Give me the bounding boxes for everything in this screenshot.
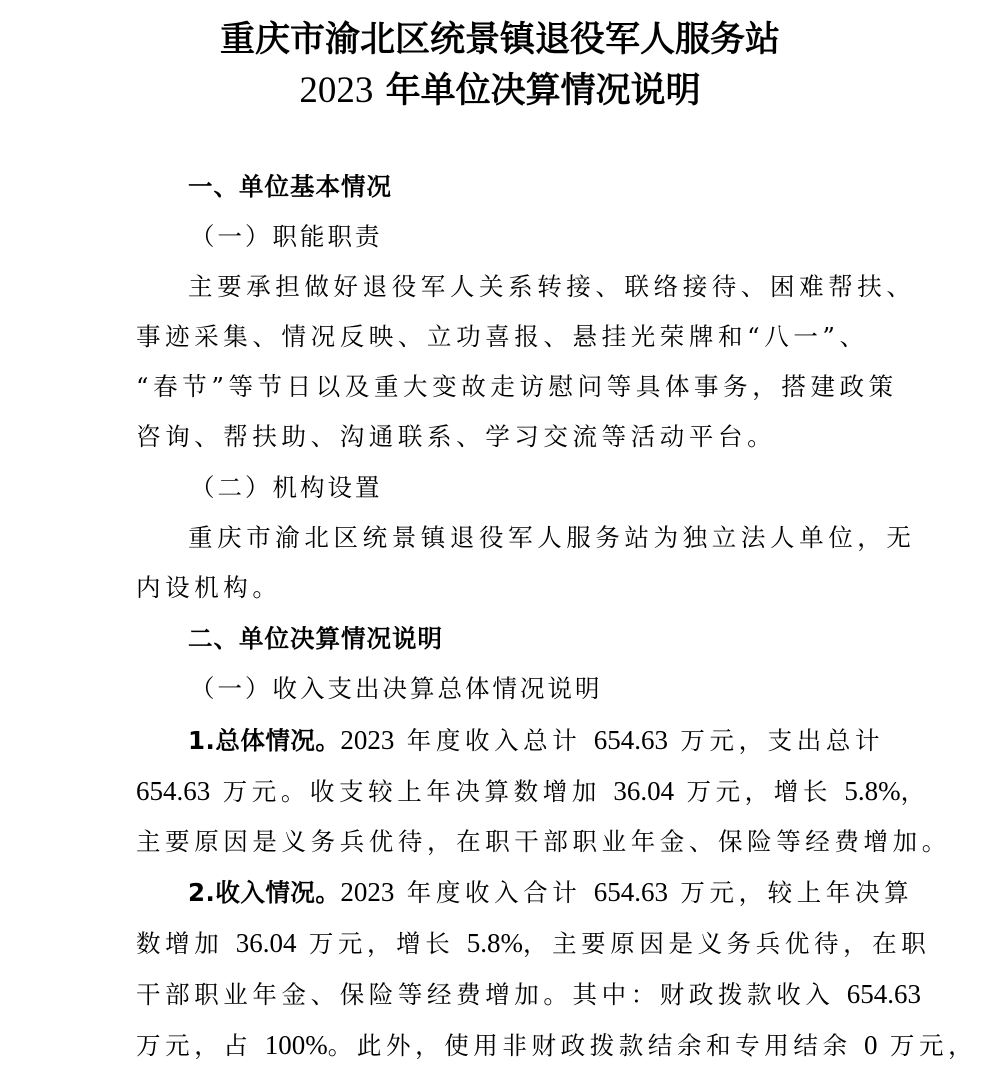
paragraph-income-line-1: 2.收入情况。2023 年度收入合计 654.63 万元，较上年决算: [188, 877, 913, 908]
paragraph-line: 重庆市渝北区统景镇退役军人服务站为独立法人单位，无: [188, 523, 916, 553]
text: 万元，占: [136, 1031, 265, 1060]
income-sum-value: 654.63: [594, 877, 668, 907]
paragraph-line: 咨询、帮扶助、沟通联系、学习交流等活动平台。: [136, 422, 776, 452]
paragraph-line: 内设机构。: [136, 573, 282, 603]
paragraph-overall-line-2: 654.63 万元。收支较上年决算数增加 36.04 万元，增长 5.8%，: [136, 776, 930, 807]
paragraph-income-line-2: 数增加 36.04 万元，增长 5.8%，主要原因是义务兵优待，在职: [136, 928, 930, 959]
text: ，主要原因是义务兵优待，在职: [523, 929, 930, 958]
paragraph-line: “春节”等节日以及重大变故走访慰问等具体事务，搭建政策: [136, 372, 898, 402]
paragraph-line: 事迹采集、情况反映、立功喜报、悬挂光荣牌和“八一”、: [136, 322, 869, 352]
expenditure-total-value: 654.63: [136, 776, 210, 806]
text: ，: [901, 777, 930, 806]
balance-value: 0: [864, 1030, 878, 1060]
text: 。此外，使用非财政拨款结余和专用结余: [328, 1031, 864, 1060]
paragraph-overall-line-1: 1.总体情况。2023 年度收入总计 654.63 万元，支出总计: [188, 725, 884, 756]
growth-percent: 5.8%: [467, 928, 523, 958]
section-heading-final-accounts: 二、单位决算情况说明: [188, 624, 443, 654]
fiscal-appropriation-value: 654.63: [847, 979, 921, 1009]
text: 干部职业年金、保险等经费增加。其中：财政拨款收入: [136, 980, 847, 1009]
year-value: 2023: [340, 877, 394, 907]
text: 万元，增长: [674, 777, 844, 806]
text: 年度收入合计: [394, 878, 593, 907]
paragraph-income-line-3: 干部职业年金、保险等经费增加。其中：财政拨款收入 654.63: [136, 979, 921, 1010]
text: 万元，增长: [296, 929, 466, 958]
title-year: 2023: [299, 70, 373, 111]
text: 万元。收支较上年决算数增加: [210, 777, 613, 806]
share-percent: 100%: [265, 1030, 328, 1060]
increase-value: 36.04: [236, 928, 297, 958]
document-page: 重庆市渝北区统景镇退役军人服务站 2023 年单位决算情况说明 一、单位基本情况…: [0, 0, 1000, 1068]
increase-value: 36.04: [613, 776, 674, 806]
title-rest: 年单位决算情况说明: [373, 71, 700, 111]
paragraph-income-line-4: 万元，占 100%。此外，使用非财政拨款结余和专用结余 0 万元，: [136, 1030, 977, 1061]
paragraph-lead: 2.收入情况。: [188, 878, 340, 907]
text: 数增加: [136, 929, 236, 958]
paragraph-line: 主要承担做好退役军人关系转接、联络接待、困难帮扶、: [188, 272, 916, 302]
document-title-line-2: 2023 年单位决算情况说明: [0, 63, 1000, 113]
subsection-heading-organization: （二）机构设置: [190, 473, 383, 503]
paragraph-overall-line-3: 主要原因是义务兵优待，在职干部职业年金、保险等经费增加。: [136, 827, 951, 857]
income-total-value: 654.63: [594, 725, 668, 755]
year-value: 2023: [340, 725, 394, 755]
text: 万元，支出总计: [668, 726, 884, 755]
subsection-heading-functions: （一）职能职责: [190, 222, 383, 252]
text: 万元，: [877, 1031, 977, 1060]
section-heading-basic-info: 一、单位基本情况: [188, 172, 392, 202]
growth-percent: 5.8%: [844, 776, 900, 806]
document-title-line-1: 重庆市渝北区统景镇退役军人服务站: [0, 12, 1000, 62]
text: 万元，较上年决算: [668, 878, 913, 907]
subsection-heading-income-expenditure: （一）收入支出决算总体情况说明: [190, 674, 603, 704]
paragraph-lead: 1.总体情况。: [188, 726, 340, 755]
text: 年度收入总计: [394, 726, 593, 755]
